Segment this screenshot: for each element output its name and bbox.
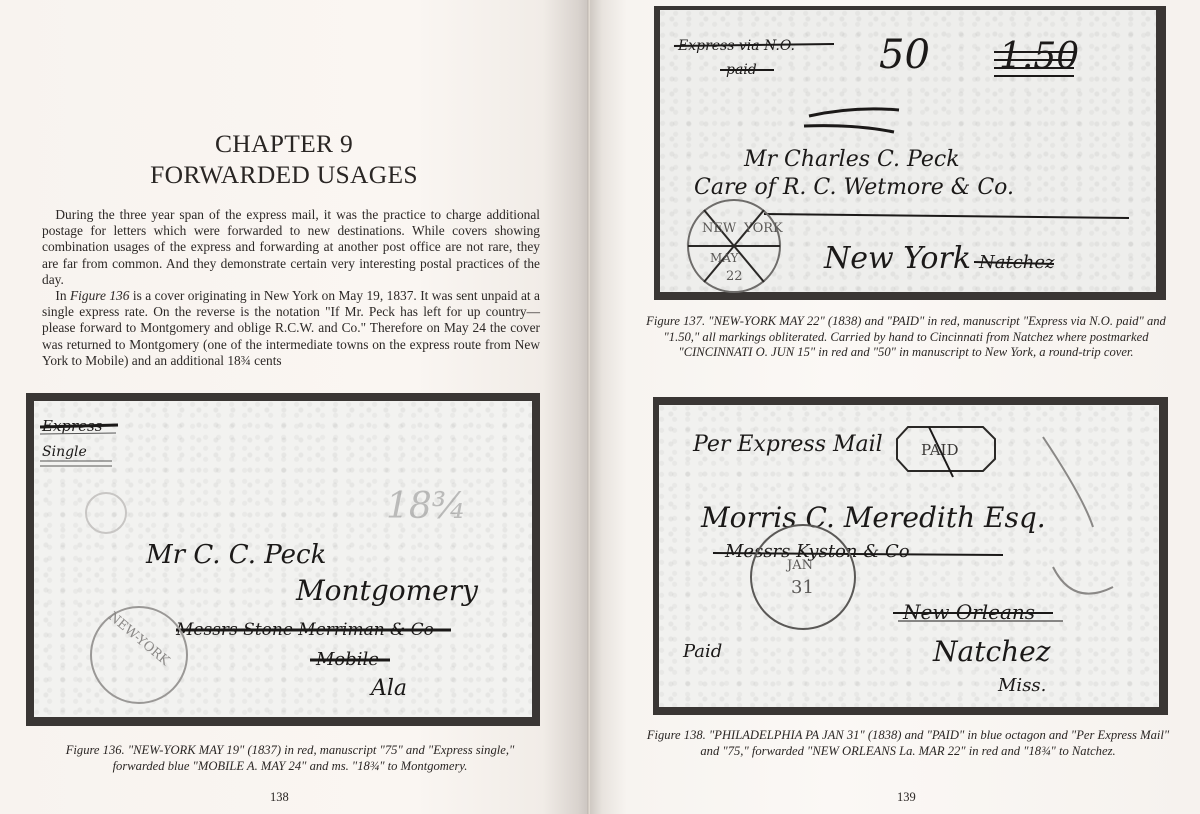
ms-rate-50: 50 bbox=[879, 32, 930, 78]
postmark-month: JAN bbox=[785, 558, 813, 573]
chapter-heading: CHAPTER 9 FORWARDED USAGES bbox=[0, 128, 568, 190]
ms-natchez: Natchez bbox=[932, 635, 1051, 668]
paid-octagon-stamp: PAID bbox=[897, 427, 995, 477]
paragraph-1: During the three year span of the expres… bbox=[42, 207, 540, 288]
cover-137-handwriting: Express via N.O. paid 50 1.50 Mr Charles… bbox=[654, 6, 1166, 300]
body-text: During the three year span of the expres… bbox=[42, 207, 540, 369]
right-page: Express via N.O. paid 50 1.50 Mr Charles… bbox=[590, 0, 1200, 814]
chapter-number: CHAPTER 9 bbox=[0, 128, 568, 159]
postmark-new-york: NEW-YORK bbox=[105, 609, 172, 669]
chapter-title: FORWARDED USAGES bbox=[0, 159, 568, 190]
figure-137-caption: Figure 137. "NEW-YORK MAY 22" (1838) and… bbox=[646, 314, 1166, 361]
postmark-day: 31 bbox=[791, 577, 814, 598]
cover-138-handwriting: Per Express Mail PAID Morris C. Meredith… bbox=[653, 397, 1168, 715]
ms-care-of-wetmore: Care of R. C. Wetmore & Co. bbox=[694, 175, 1014, 200]
left-page: CHAPTER 9 FORWARDED USAGES During the th… bbox=[0, 0, 590, 814]
ms-rate-struck: 1.50 bbox=[999, 36, 1079, 77]
ms-addressee-peck: Mr Charles C. Peck bbox=[743, 147, 960, 172]
ms-struck-kyston: Messrs Kyston & Co bbox=[724, 541, 910, 562]
postmark-text-york: YORK bbox=[743, 221, 783, 236]
figure-reference: Figure 136 bbox=[70, 288, 129, 303]
figure-136-caption: Figure 136. "NEW-YORK MAY 19" (1837) in … bbox=[40, 743, 540, 774]
figure-136-image: Express Single 18¾ Mr C. C. Peck Montgom… bbox=[26, 393, 540, 726]
postmark-text-day: 22 bbox=[726, 269, 743, 284]
cover-136-handwriting: Express Single 18¾ Mr C. C. Peck Montgom… bbox=[26, 393, 540, 726]
paragraph-2-prefix: In bbox=[55, 288, 70, 303]
postmark-text-new: NEW bbox=[702, 221, 737, 236]
figure-138-image: Per Express Mail PAID Morris C. Meredith… bbox=[653, 397, 1168, 715]
ms-paid-note: Paid bbox=[682, 641, 722, 662]
figure-138-caption: Figure 138. "PHILADELPHIA PA JAN 31" (18… bbox=[646, 728, 1170, 759]
ms-forward-montgomery: Montgomery bbox=[295, 574, 479, 607]
page-number-left: 138 bbox=[270, 790, 289, 805]
ms-new-york: New York bbox=[823, 241, 971, 276]
figure-137-image: Express via N.O. paid 50 1.50 Mr Charles… bbox=[654, 6, 1166, 300]
page-number-right: 139 bbox=[897, 790, 916, 805]
ms-addressee-meredith: Morris C. Meredith Esq. bbox=[700, 501, 1046, 534]
ms-state: Ala bbox=[369, 676, 407, 701]
paragraph-2: In Figure 136 is a cover originating in … bbox=[42, 288, 540, 369]
ms-addressee: Mr C. C. Peck bbox=[145, 540, 326, 570]
paragraph-1-text: During the three year span of the expres… bbox=[42, 207, 540, 287]
postmark-text-month: MAY bbox=[710, 251, 739, 265]
ms-per-express-mail: Per Express Mail bbox=[692, 432, 883, 457]
ms-state-miss: Miss. bbox=[997, 675, 1046, 696]
ms-rate: 18¾ bbox=[386, 486, 467, 527]
ms-single: Single bbox=[42, 444, 87, 460]
